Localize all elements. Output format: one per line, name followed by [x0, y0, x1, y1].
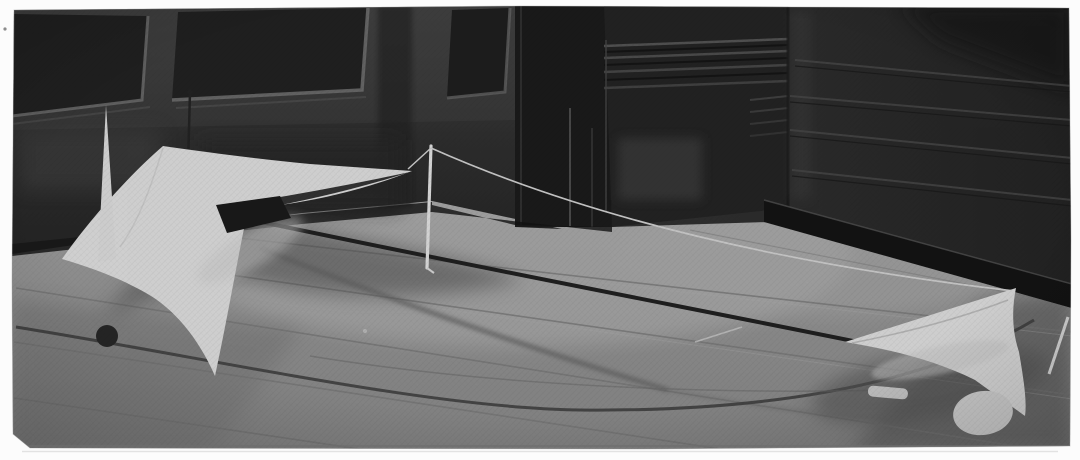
- photo: [10, 4, 1074, 455]
- vignette-overlay: [10, 4, 1074, 452]
- photograph-figure: [0, 0, 1080, 460]
- margin-speck: [3, 27, 6, 30]
- photograph-canvas: [0, 0, 1080, 460]
- page: [0, 0, 1080, 460]
